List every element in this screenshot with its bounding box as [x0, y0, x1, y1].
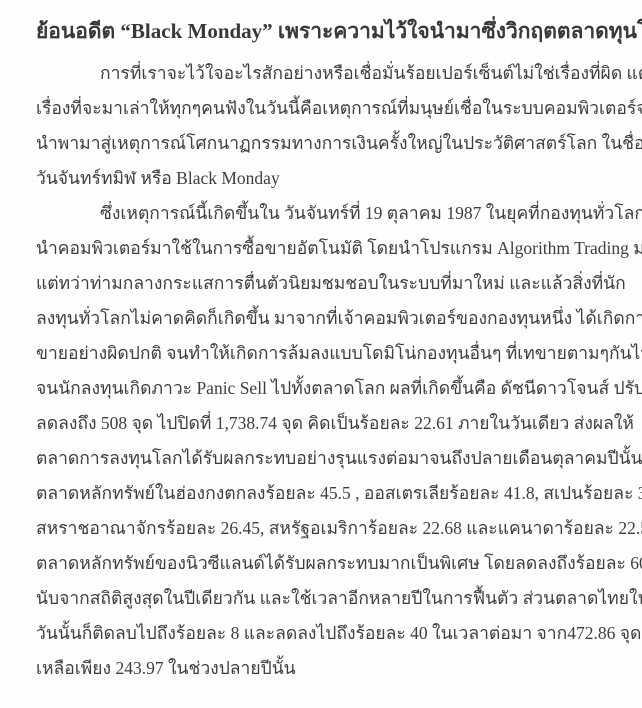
text-line: ตลาดการลงทุนโลกได้รับผลกระทบอย่างรุนแรงต…	[36, 441, 622, 476]
text-line: ลงทุนทั่วโลกไม่คาดคิดก็เกิดขึ้น มาจากที่…	[36, 301, 622, 336]
text-line: การที่เราจะไว้ใจอะไรสักอย่างหรือเชื่อมั่…	[36, 56, 622, 91]
text-line: นำคอมพิวเตอร์มาใช้ในการซื้อขายอัตโนมัติ …	[36, 231, 622, 266]
text-line: ตลาดหลักทรัพย์ของนิวซีแลนด์ได้รับผลกระทบ…	[36, 546, 622, 581]
text-line: นำพามาสู่เหตุการณ์โศกนาฏกรรมทางการเงินคร…	[36, 126, 622, 161]
text-line: เรื่องที่จะมาเล่าให้ทุกๆคนฟังในวันนี้คือ…	[36, 91, 622, 126]
text-line: เหลือเพียง 243.97 ในช่วงปลายปีนั้น	[36, 651, 622, 686]
document-page: ย้อนอดีต “Black Monday” เพราะความไว้ใจนำ…	[0, 0, 642, 708]
text-line: จนนักลงทุนเกิดภาวะ Panic Sell ไปทั้งตลาด…	[36, 371, 622, 406]
document-body: การที่เราจะไว้ใจอะไรสักอย่างหรือเชื่อมั่…	[36, 56, 622, 686]
page-title: ย้อนอดีต “Black Monday” เพราะความไว้ใจนำ…	[36, 12, 622, 50]
text-line: วันนั้นก็ติดลบไปถึงร้อยละ 8 และลดลงไปถึง…	[36, 616, 622, 651]
text-line: ลดลงถึง 508 จุด ไปปิดที่ 1,738.74 จุด คิ…	[36, 406, 622, 441]
text-line: ซึ่งเหตุการณ์นี้เกิดขึ้นใน วันจันทร์ที่ …	[36, 196, 622, 231]
text-line: นับจากสถิติสูงสุดในปีเดียวกัน และใช้เวลา…	[36, 581, 622, 616]
text-line: ขายอย่างผิดปกติ จนทำให้เกิดการล้มลงแบบโด…	[36, 336, 622, 371]
text-line: ตลาดหลักทรัพย์ในฮ่องกงตกลงร้อยละ 45.5 , …	[36, 476, 622, 511]
text-line: วันจันทร์ทมิฬ หรือ Black Monday	[36, 161, 622, 196]
text-line: แต่ทว่าท่ามกลางกระแสการตื่นตัวนิยมชมชอบใ…	[36, 266, 622, 301]
text-line: สหราชอาณาจักรร้อยละ 26.45, สหรัฐอเมริการ…	[36, 511, 622, 546]
